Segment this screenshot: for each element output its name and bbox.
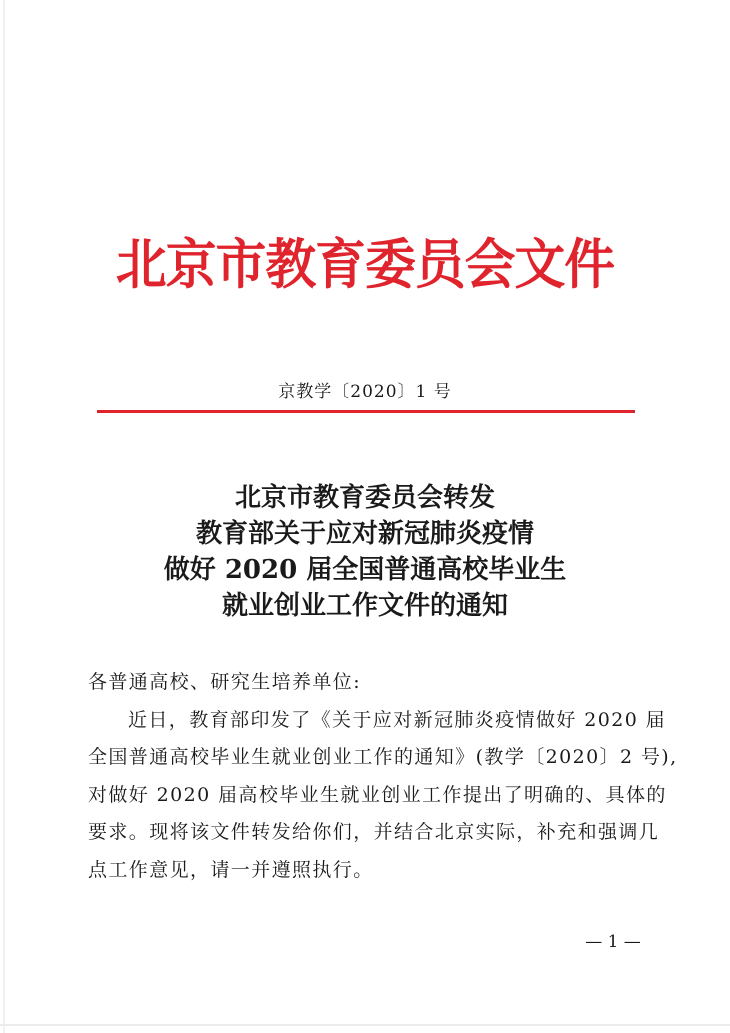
notice-title-line: 就业创业工作文件的通知 (0, 588, 730, 624)
body-line: 对做好 2020 届高校毕业生就业创业工作提出了明确的、具体的 (88, 777, 648, 815)
notice-title-line: 北京市教育委员会转发 (0, 480, 730, 516)
masthead-title: 北京市教育委员会文件 (22, 232, 708, 296)
notice-title-line: 教育部关于应对新冠肺炎疫情 (0, 516, 730, 552)
document-page: 北京市教育委员会文件 京教学〔2020〕1 号 北京市教育委员会转发 教育部关于… (0, 0, 730, 1033)
document-number: 京教学〔2020〕1 号 (0, 380, 730, 404)
body-line: 点工作意见，请一并遵照执行。 (88, 852, 648, 890)
page-number: — 1 — (578, 930, 648, 954)
body-line: 近日，教育部印发了《关于应对新冠肺炎疫情做好 2020 届 (88, 702, 648, 740)
body-line: 要求。现将该文件转发给你们，并结合北京实际，补充和强调几 (88, 814, 648, 852)
salutation: 各普通高校、研究生培养单位: (88, 664, 648, 702)
red-divider-line (97, 410, 635, 413)
notice-title: 北京市教育委员会转发 教育部关于应对新冠肺炎疫情 做好 2020 届全国普通高校… (0, 480, 730, 624)
scan-edge-bottom (0, 1024, 730, 1026)
notice-body: 各普通高校、研究生培养单位: 近日，教育部印发了《关于应对新冠肺炎疫情做好 20… (88, 664, 648, 889)
body-line: 全国普通高校毕业生就业创业工作的通知》(教学〔2020〕2 号), (88, 739, 648, 777)
notice-title-line: 做好 2020 届全国普通高校毕业生 (0, 552, 730, 588)
